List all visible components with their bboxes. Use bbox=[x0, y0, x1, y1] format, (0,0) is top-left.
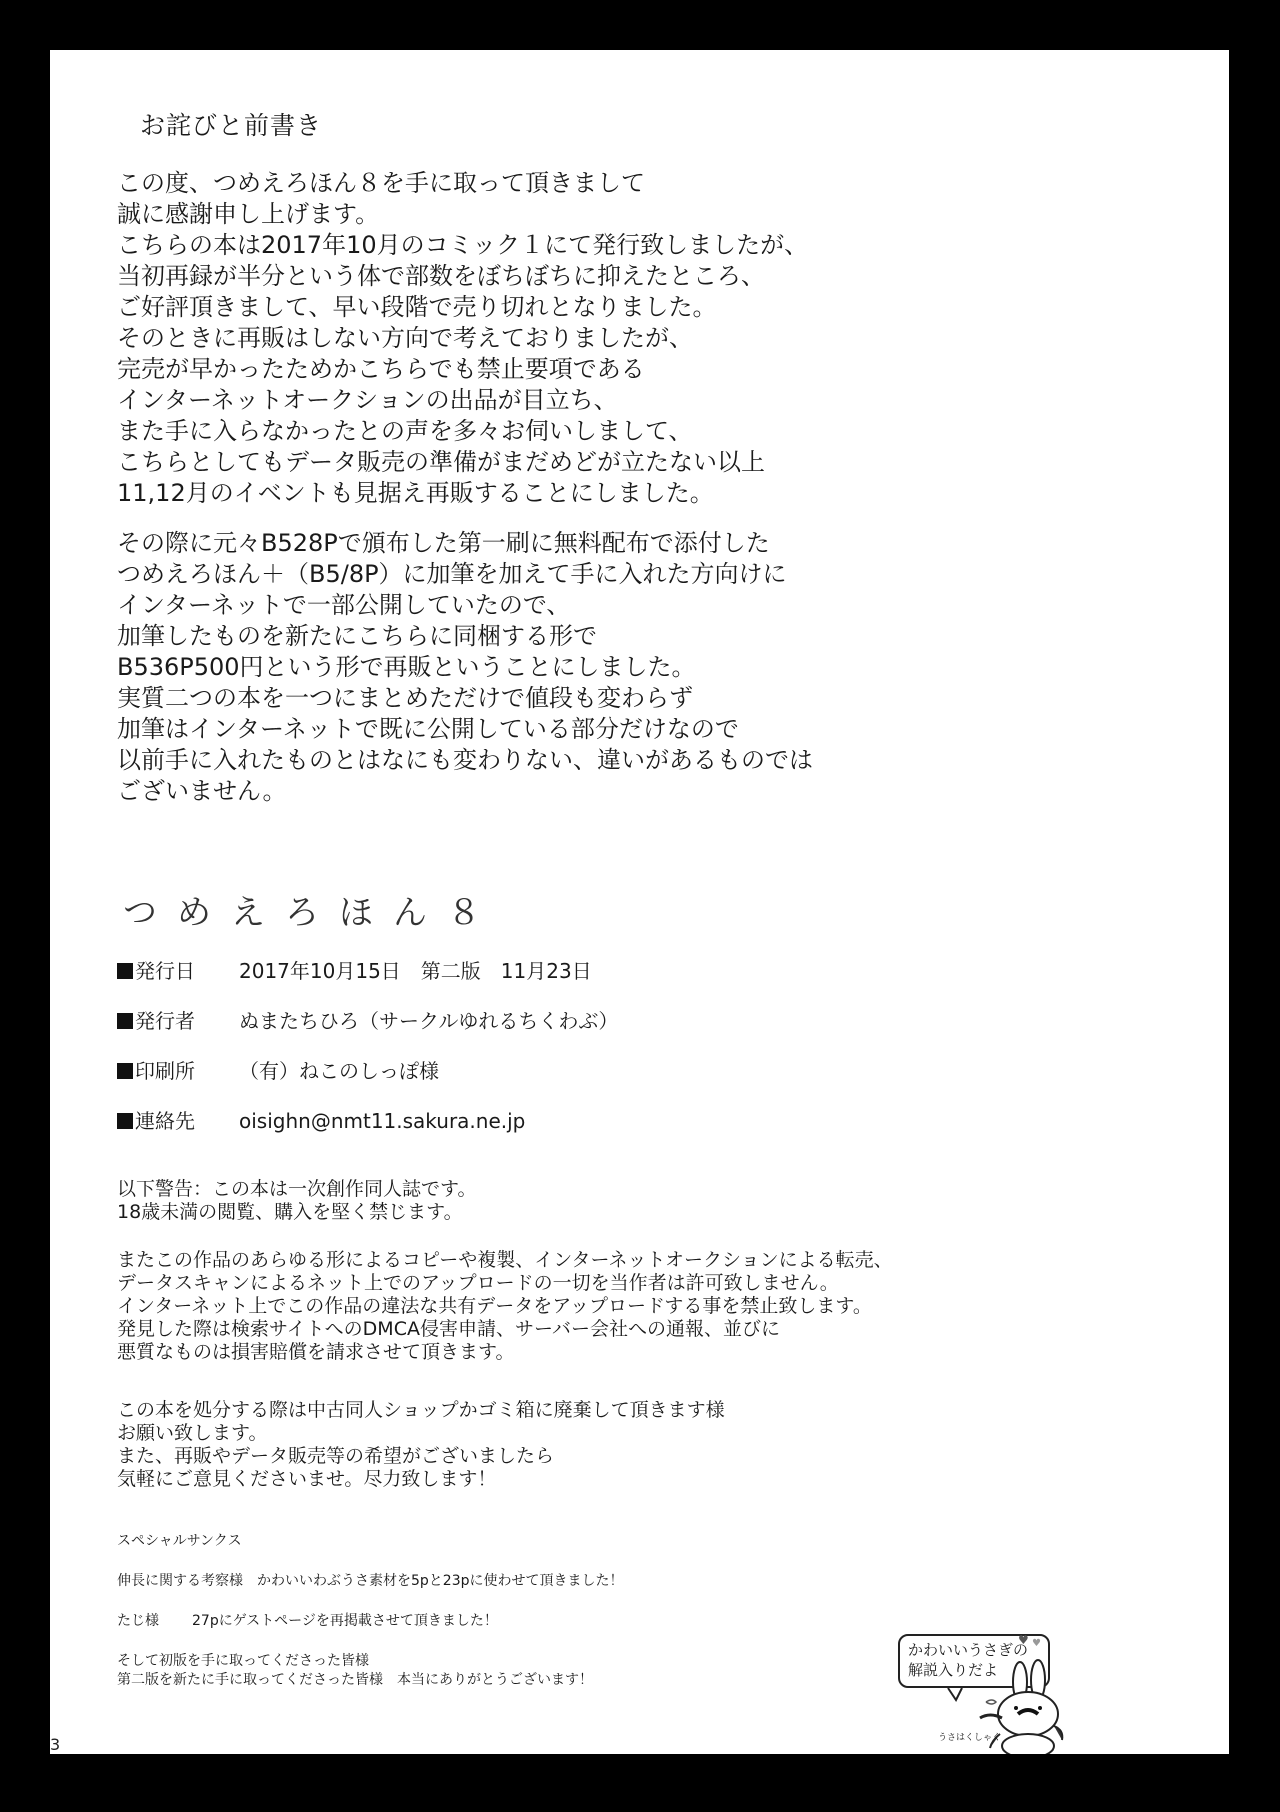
text-line: 11,12月のイベントも見据え再販することにしました。 bbox=[117, 478, 808, 509]
square-bullet-icon bbox=[117, 1063, 133, 1079]
text-line: 以前手に入れたものとはなにも変わりない、違いがあるものでは bbox=[117, 745, 813, 776]
thanks-entry: たじ様27pにゲストページを再掲載させて頂きました！ bbox=[117, 1610, 498, 1630]
text-line: また手に入らなかったとの声を多々お伺いしまして、 bbox=[117, 416, 808, 447]
book-title: つめえろほん８ bbox=[123, 885, 501, 934]
copyright-notice: またこの作品のあらゆる形によるコピーや複製、インターネットオークションによる転売… bbox=[117, 1249, 893, 1364]
text-line: B536P500円という形で再販ということにしました。 bbox=[117, 652, 813, 683]
special-thanks-title: スペシャルサンクス bbox=[117, 1530, 242, 1550]
thanks-note: 27pにゲストページを再掲載させて頂きました！ bbox=[192, 1613, 498, 1629]
text-line: その際に元々B528Pで頒布した第一刷に無料配布で添付した bbox=[117, 528, 813, 559]
colophon-label: 発行日 bbox=[135, 955, 239, 984]
colophon-row-contact: 連絡先oisighn@nmt11.sakura.ne.jp bbox=[117, 1105, 525, 1134]
text-line: また、再販やデータ販売等の希望がございましたら bbox=[117, 1445, 725, 1468]
text-line: 悪質なものは損害賠償を請求させて頂きます。 bbox=[117, 1341, 893, 1364]
section-heading: お詫びと前書き bbox=[140, 106, 322, 142]
text-line: この度、つめえろほん８を手に取って頂きまして bbox=[117, 168, 808, 199]
text-line: こちらの本は2017年10月のコミック１にて発行致しましたが、 bbox=[117, 230, 808, 261]
age-warning: 以下警告：この本は一次創作同人誌です。 18歳未満の閲覧、購入を堅く禁じます。 bbox=[117, 1178, 476, 1224]
text-line: データスキャンによるネット上でのアップロードの一切を当作者は許可致しません。 bbox=[117, 1272, 893, 1295]
text-line: ご好評頂きまして、早い段階で売り切れとなりました。 bbox=[117, 292, 808, 323]
thanks-closing-line: 第二版を新たに手に取ってくださった皆様 本当にありがとうございます！ bbox=[117, 1669, 593, 1689]
text-line: 当初再録が半分という体で部数をぼちぼちに抑えたところ、 bbox=[117, 261, 808, 292]
text-line: 実質二つの本を一つにまとめただけで値段も変わらず bbox=[117, 683, 813, 714]
rabbit-drawing-icon: ♥ ♥ bbox=[888, 1622, 1128, 1754]
second-paragraph: その際に元々B528Pで頒布した第一刷に無料配布で添付した つめえろほん＋（B5… bbox=[117, 528, 813, 807]
colophon-label: 発行者 bbox=[135, 1005, 239, 1034]
text-line: この本を処分する際は中古同人ショップかゴミ箱に廃棄して頂きます様 bbox=[117, 1399, 725, 1422]
text-line: ございません。 bbox=[117, 776, 813, 807]
text-line: 気軽にご意見くださいませ。尽力致します！ bbox=[117, 1468, 725, 1491]
disposal-notice: この本を処分する際は中古同人ショップかゴミ箱に廃棄して頂きます様 お願い致します… bbox=[117, 1399, 725, 1491]
thanks-entry: 伸長に関する考察様かわいいわぶうさ素材を5pと23pに使わせて頂きました！ bbox=[117, 1570, 624, 1590]
text-line: 加筆したものを新たにこちらに同梱する形で bbox=[117, 621, 813, 652]
thanks-closing-line: そして初版を手に取ってくださった皆様 bbox=[117, 1650, 369, 1670]
square-bullet-icon bbox=[117, 1113, 133, 1129]
contact-email: oisighn@nmt11.sakura.ne.jp bbox=[239, 1109, 525, 1133]
text-line: 18歳未満の閲覧、購入を堅く禁じます。 bbox=[117, 1201, 476, 1224]
thanks-name: 伸長に関する考察様 bbox=[117, 1570, 257, 1590]
square-bullet-icon bbox=[117, 963, 133, 979]
rabbit-illustration: かわいいうさぎの 解説入りだよ ♥ ♥ うさはくしゃく bbox=[888, 1622, 1128, 1754]
text-line: つめえろほん＋（B5/8P）に加筆を加えて手に入れた方向けに bbox=[117, 559, 813, 590]
text-line: またこの作品のあらゆる形によるコピーや複製、インターネットオークションによる転売… bbox=[117, 1249, 893, 1272]
text-line: 完売が早かったためかこちらでも禁止要項である bbox=[117, 354, 808, 385]
text-line: お願い致します。 bbox=[117, 1422, 725, 1445]
text-line: そのときに再販はしない方向で考えておりましたが、 bbox=[117, 323, 808, 354]
colophon-row-date: 発行日2017年10月15日 第二版 11月23日 bbox=[117, 955, 592, 984]
svg-text:♥: ♥ bbox=[1018, 1633, 1029, 1647]
colophon-row-printer: 印刷所（有）ねこのしっぽ様 bbox=[117, 1055, 439, 1084]
page-number: 3 bbox=[50, 1735, 60, 1754]
text-line: インターネットオークションの出品が目立ち、 bbox=[117, 385, 808, 416]
svg-text:♥: ♥ bbox=[1032, 1638, 1041, 1649]
text-line: 以下警告：この本は一次創作同人誌です。 bbox=[117, 1178, 476, 1201]
colophon-value: （有）ねこのしっぽ様 bbox=[239, 1059, 439, 1083]
text-line: 誠に感謝申し上げます。 bbox=[117, 199, 808, 230]
colophon-label: 連絡先 bbox=[135, 1105, 239, 1134]
square-bullet-icon bbox=[117, 1013, 133, 1029]
text-line: 加筆はインターネットで既に公開している部分だけなので bbox=[117, 714, 813, 745]
text-line: インターネット上でこの作品の違法な共有データをアップロードする事を禁止致します。 bbox=[117, 1295, 893, 1318]
colophon-value: ぬまたちひろ（サークルゆれるちくわぶ） bbox=[239, 1009, 618, 1033]
colophon-label: 印刷所 bbox=[135, 1055, 239, 1084]
text-line: こちらとしてもデータ販売の準備がまだめどが立たない以上 bbox=[117, 447, 808, 478]
thanks-name: たじ様 bbox=[117, 1610, 192, 1630]
colophon-value: 2017年10月15日 第二版 11月23日 bbox=[239, 959, 592, 983]
illustration-caption: うさはくしゃく bbox=[938, 1730, 1001, 1743]
colophon-row-publisher: 発行者ぬまたちひろ（サークルゆれるちくわぶ） bbox=[117, 1005, 618, 1034]
text-line: インターネットで一部公開していたので、 bbox=[117, 590, 813, 621]
manga-page: お詫びと前書き この度、つめえろほん８を手に取って頂きまして 誠に感謝申し上げま… bbox=[50, 50, 1229, 1754]
text-line: 発見した際は検索サイトへのDMCA侵害申請、サーバー会社への通報、並びに bbox=[117, 1318, 893, 1341]
intro-paragraph: この度、つめえろほん８を手に取って頂きまして 誠に感謝申し上げます。 こちらの本… bbox=[117, 168, 808, 509]
thanks-note: かわいいわぶうさ素材を5pと23pに使わせて頂きました！ bbox=[257, 1573, 624, 1589]
